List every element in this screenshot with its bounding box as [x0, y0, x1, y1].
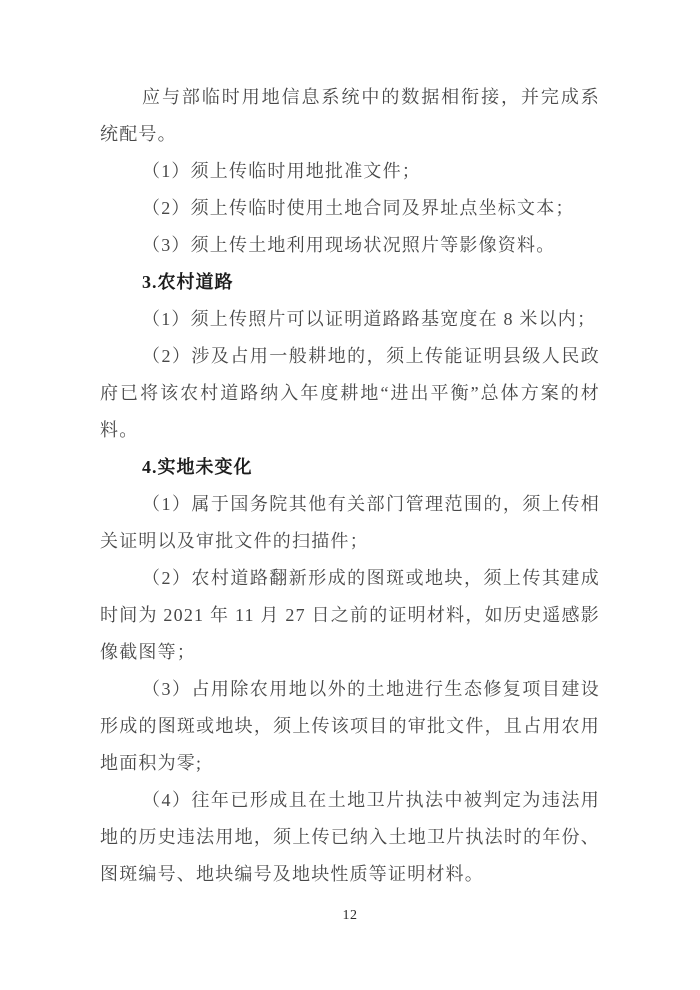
section-heading-unchanged-land: 4.实地未变化 — [100, 449, 600, 486]
document-body: 应与部临时用地信息系统中的数据相衔接，并完成系统配号。 （1）须上传临时用地批准… — [100, 79, 600, 893]
list-item-1: （1）须上传临时用地批准文件； — [100, 153, 600, 190]
paragraph-intro: 应与部临时用地信息系统中的数据相衔接，并完成系统配号。 — [100, 79, 600, 153]
list-item-1-unchanged: （1）属于国务院其他有关部门管理范围的，须上传相关证明以及审批文件的扫描件； — [100, 486, 600, 560]
list-item-3-unchanged: （3）占用除农用地以外的土地进行生态修复项目建设形成的图斑或地块，须上传该项目的… — [100, 671, 600, 782]
list-item-1-roads: （1）须上传照片可以证明道路路基宽度在 8 米以内； — [100, 301, 600, 338]
document-page: 应与部临时用地信息系统中的数据相衔接，并完成系统配号。 （1）须上传临时用地批准… — [0, 0, 700, 990]
list-item-2-roads: （2）涉及占用一般耕地的，须上传能证明县级人民政府已将该农村道路纳入年度耕地“进… — [100, 338, 600, 449]
list-item-2: （2）须上传临时使用土地合同及界址点坐标文本； — [100, 190, 600, 227]
section-heading-rural-roads: 3.农村道路 — [100, 264, 600, 301]
page-number: 12 — [0, 908, 700, 924]
list-item-4-unchanged: （4）往年已形成且在土地卫片执法中被判定为违法用地的历史违法用地，须上传已纳入土… — [100, 782, 600, 893]
list-item-2-unchanged: （2）农村道路翻新形成的图斑或地块，须上传其建成时间为 2021 年 11 月 … — [100, 560, 600, 671]
list-item-3: （3）须上传土地利用现场状况照片等影像资料。 — [100, 227, 600, 264]
